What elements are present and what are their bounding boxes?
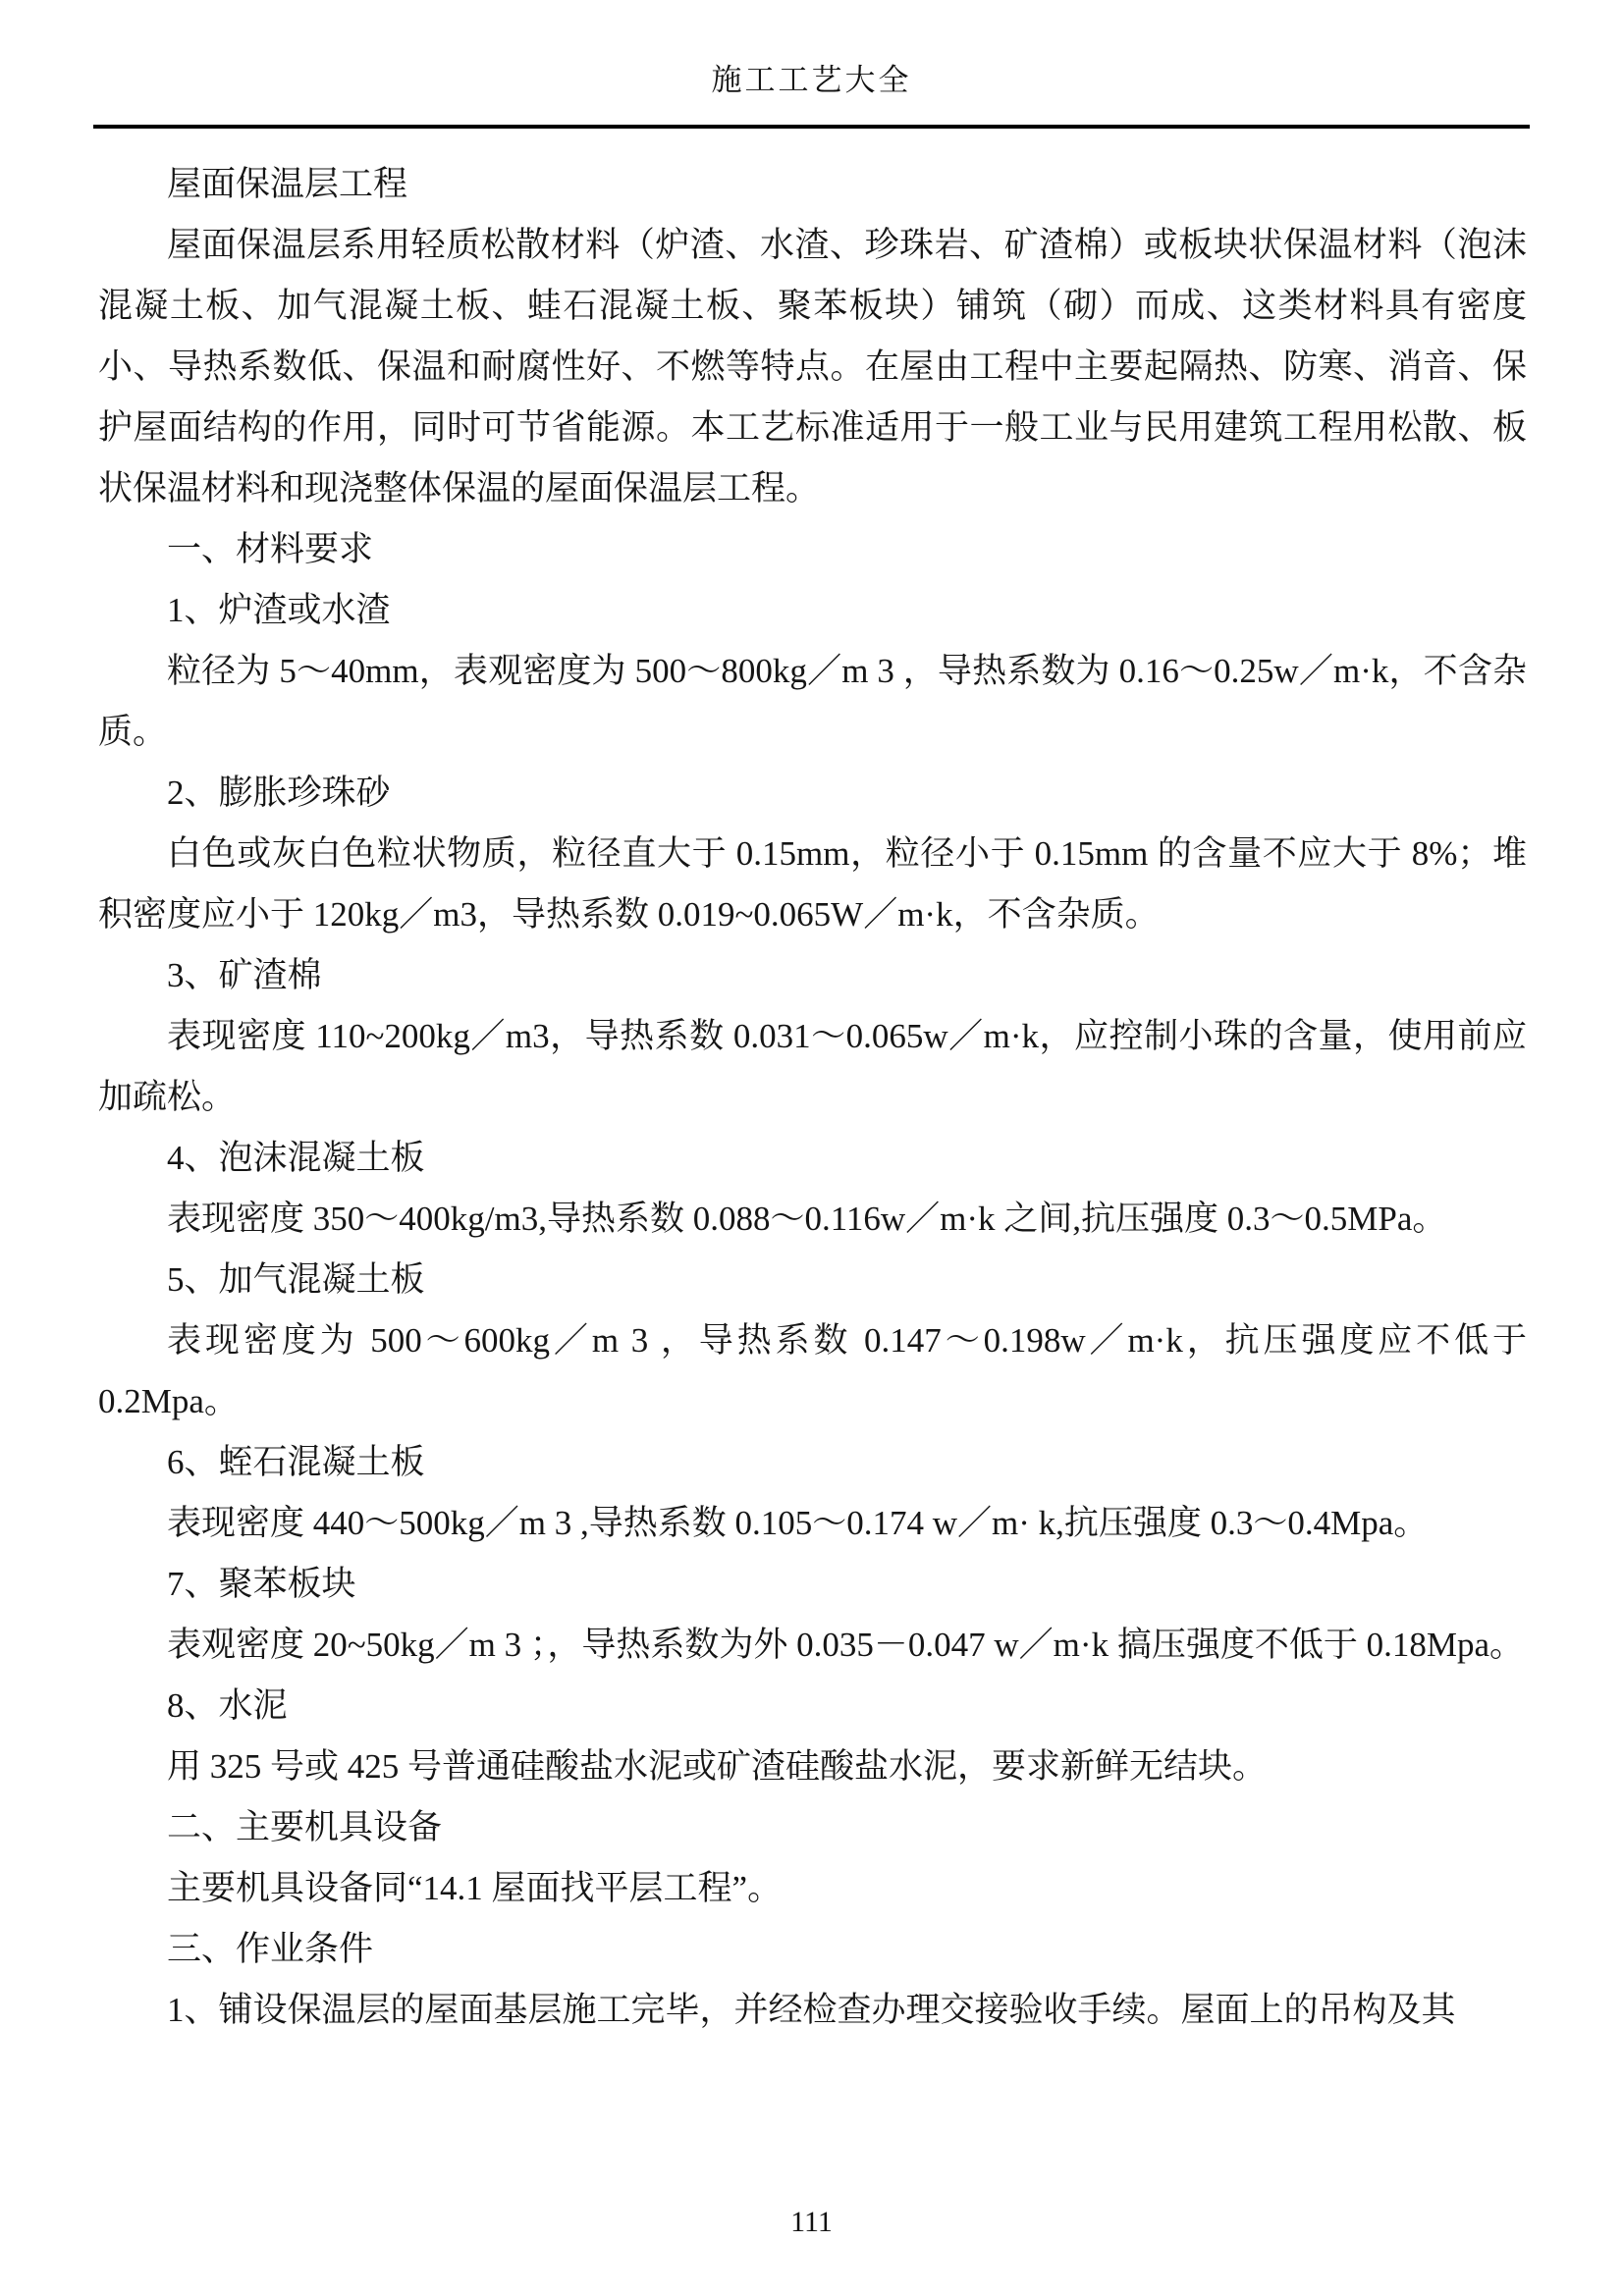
document-title-paragraph: 屋面保温层工程 bbox=[98, 154, 1527, 215]
paragraph: 表现密度 350～400kg/m3,导热系数 0.088～0.116w／m·k … bbox=[98, 1189, 1527, 1250]
section-heading: 二、主要机具设备 bbox=[98, 1797, 1527, 1858]
paragraph: 表现密度为 500～600kg／m 3 ，导热系数 0.147～0.198w／m… bbox=[98, 1310, 1527, 1432]
paragraph: 表观密度 20~50kg／m 3 ；，导热系数为外 0.035－0.047 w／… bbox=[98, 1615, 1527, 1676]
subsection-heading: 1、炉渣或水渣 bbox=[98, 580, 1527, 641]
subsection-heading: 2、膨胀珍珠砂 bbox=[98, 763, 1527, 824]
subsection-heading: 3、矿渣棉 bbox=[98, 945, 1527, 1006]
paragraph: 白色或灰白色粒状物质，粒径直大于 0.15mm，粒径小于 0.15mm 的含量不… bbox=[98, 824, 1527, 945]
subsection-heading: 5、加气混凝土板 bbox=[98, 1250, 1527, 1310]
paragraph: 用 325 号或 425 号普通硅酸盐水泥或矿渣硅酸盐水泥，要求新鲜无结块。 bbox=[98, 1736, 1527, 1797]
subsection-heading: 7、聚苯板块 bbox=[98, 1554, 1527, 1615]
document-body: 屋面保温层工程 屋面保温层系用轻质松散材料（炉渣、水渣、珍珠岩、矿渣棉）或板块状… bbox=[98, 154, 1527, 2041]
subsection-heading: 6、蛭石混凝土板 bbox=[98, 1432, 1527, 1493]
header-title: 施工工艺大全 bbox=[0, 55, 1623, 99]
page-header: 施工工艺大全 bbox=[0, 0, 1623, 129]
subsection-heading: 8、水泥 bbox=[98, 1676, 1527, 1736]
page-number: 111 bbox=[790, 2206, 833, 2238]
paragraph: 主要机具设备同“14.1 屋面找平层工程”。 bbox=[98, 1858, 1527, 1919]
page-footer: 111 bbox=[0, 2206, 1623, 2239]
section-heading: 一、材料要求 bbox=[98, 519, 1527, 580]
paragraph: 表现密度 440～500kg／m 3 ,导热系数 0.105～0.174 w／m… bbox=[98, 1493, 1527, 1554]
paragraph: 表现密度 110~200kg／m3，导热系数 0.031～0.065w／m·k，… bbox=[98, 1006, 1527, 1128]
paragraph: 屋面保温层系用轻质松散材料（炉渣、水渣、珍珠岩、矿渣棉）或板块状保温材料（泡沫混… bbox=[98, 215, 1527, 519]
subsection-heading: 4、泡沫混凝土板 bbox=[98, 1128, 1527, 1189]
header-divider bbox=[93, 125, 1530, 129]
paragraph: 粒径为 5～40mm，表观密度为 500～800kg／m 3 ，导热系数为 0.… bbox=[98, 641, 1527, 763]
section-heading: 三、作业条件 bbox=[98, 1919, 1527, 1980]
paragraph: 1、铺设保温层的屋面基层施工完毕，并经检查办理交接验收手续。屋面上的吊构及其 bbox=[98, 1980, 1527, 2041]
document-page: 施工工艺大全 屋面保温层工程 屋面保温层系用轻质松散材料（炉渣、水渣、珍珠岩、矿… bbox=[0, 0, 1623, 2296]
